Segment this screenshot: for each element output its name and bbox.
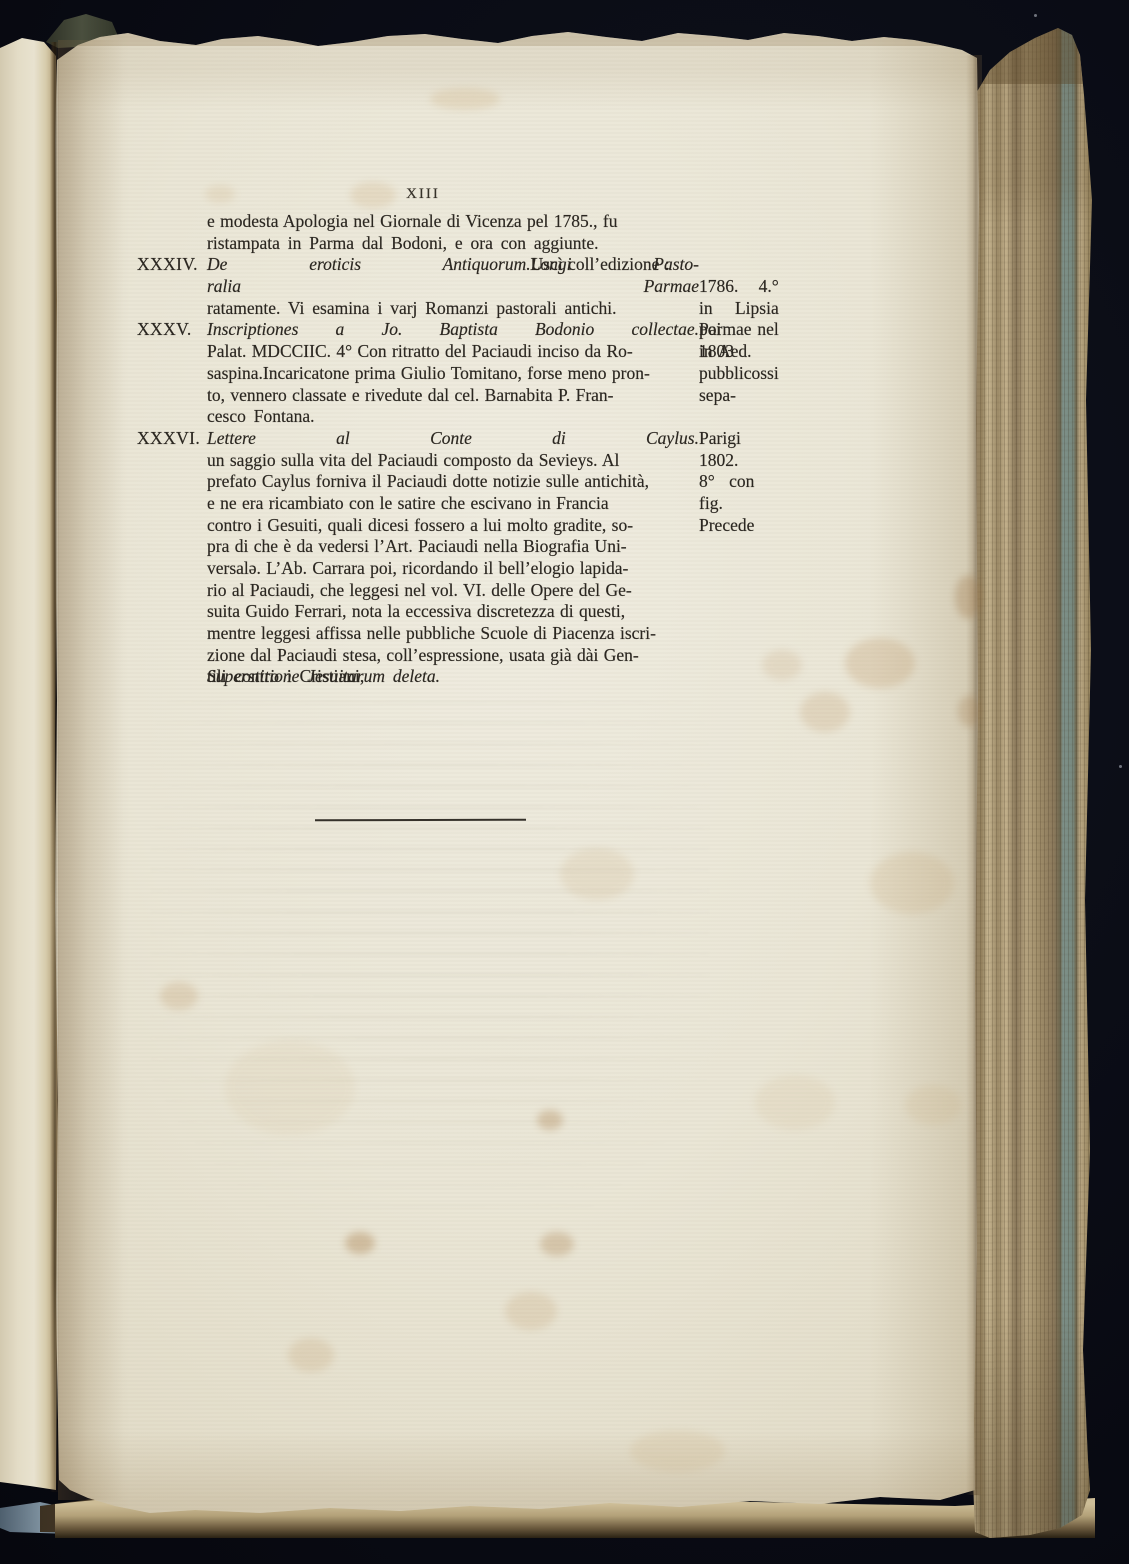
entry-number-label xyxy=(137,666,207,688)
page-folio: XIII xyxy=(137,186,709,203)
line-text: ratamente. Vi esamina i varj Romanzi pas… xyxy=(207,298,699,320)
line-text: saspina.Incaricatone prima Giulio Tomita… xyxy=(207,363,699,385)
bibliography-line: un saggio sulla vita del Paciaudi compos… xyxy=(137,450,709,472)
line-text: contro i Gesuiti, quali dicesi fossero a… xyxy=(207,515,699,537)
line-text: De eroticis Antiquorum. Uscì coll’edizio… xyxy=(207,254,699,276)
bibliography-line: pra di che è da vedersi l’Art. Paciaudi … xyxy=(137,536,709,558)
entry-number-label xyxy=(137,645,207,667)
bibliography-line: XXXVI.Lettere al Conte di Caylus. Parigi… xyxy=(137,428,709,450)
entry-number-label xyxy=(137,385,207,407)
bibliography-text: XIII e modesta Apologia nel Giornale di … xyxy=(137,186,709,688)
line-text: pra di che è da vedersi l’Art. Paciaudi … xyxy=(207,536,699,558)
line-text: un saggio sulla vita del Paciaudi compos… xyxy=(207,450,699,472)
line-text: ralia Parmae 1786. 4.° in Lipsia poi nel… xyxy=(207,276,699,298)
fore-edge-pages xyxy=(968,24,1100,1540)
line-text: rio al Paciaudi, che leggesi nel vol. VI… xyxy=(207,580,699,602)
bibliography-line: cesco Fontana. xyxy=(137,406,709,428)
line-text: Palat. MDCCIIC. 4° Con ritratto del Paci… xyxy=(207,341,699,363)
dust-speck xyxy=(1119,765,1122,768)
bibliography-line: saspina.Incaricatone prima Giulio Tomita… xyxy=(137,363,709,385)
entry-number-label xyxy=(137,601,207,623)
entry-number-label xyxy=(137,233,207,255)
bibliography-line: XXXV.Inscriptiones a Jo. Baptista Bodoni… xyxy=(137,319,709,341)
line-text: versalə. L’Ab. Carrara poi, ricordando i… xyxy=(207,558,699,580)
line-text: mentre leggesi affissa nelle pubbliche S… xyxy=(207,623,699,645)
bibliography-line: e modesta Apologia nel Giornale di Vicen… xyxy=(137,211,709,233)
line-text: suita Guido Ferrari, nota la eccessiva d… xyxy=(207,601,699,623)
line-text: prefato Caylus forniva il Paciaudi dotte… xyxy=(207,471,699,493)
gutter-shadow xyxy=(58,40,142,1500)
entry-number-label xyxy=(137,406,207,428)
bibliography-line: prefato Caylus forniva il Paciaudi dotte… xyxy=(137,471,709,493)
bibliography-line: suita Guido Ferrari, nota la eccessiva d… xyxy=(137,601,709,623)
entry-number-label xyxy=(137,515,207,537)
entry-number-label xyxy=(137,471,207,493)
entry-number-label: XXXV. xyxy=(137,319,207,341)
entry-number-label xyxy=(137,536,207,558)
line-text: cesco Fontana. xyxy=(207,406,699,428)
gutter-crease xyxy=(50,42,59,1492)
entry-number-label xyxy=(137,493,207,515)
bibliography-line: ristampata in Parma dal Bodoni, e ora co… xyxy=(137,233,709,255)
entry-number-label: XXXVI. xyxy=(137,428,207,450)
entry-number-label xyxy=(137,450,207,472)
bibliography-line: contro i Gesuiti, quali dicesi fossero a… xyxy=(137,515,709,537)
bibliography-line: e ne era ricambiato con le satire che es… xyxy=(137,493,709,515)
entry-number-label xyxy=(137,363,207,385)
bibliography-line: Palat. MDCCIIC. 4° Con ritratto del Paci… xyxy=(137,341,709,363)
entry-number-label xyxy=(137,211,207,233)
entry-number-label xyxy=(137,558,207,580)
show-through-texture xyxy=(150,700,710,1210)
entry-number-label: XXXIV. xyxy=(137,254,207,276)
dust-speck xyxy=(1034,14,1037,17)
entry-number-label xyxy=(137,580,207,602)
book-scan: XIII e modesta Apologia nel Giornale di … xyxy=(0,0,1129,1564)
line-text: to, vennero classate e rivedute dal cel.… xyxy=(207,385,699,407)
bibliography-line: ratamente. Vi esamina i varj Romanzi pas… xyxy=(137,298,709,320)
bibliography-line: mentre leggesi affissa nelle pubbliche S… xyxy=(137,623,709,645)
bibliography-line: XXXIV.De eroticis Antiquorum. Uscì coll’… xyxy=(137,254,709,276)
text-lines: e modesta Apologia nel Giornale di Vicen… xyxy=(137,211,709,688)
line-text: tili contro i Cristiani, Superstitione J… xyxy=(207,666,699,688)
bibliography-line: to, vennero classate e rivedute dal cel.… xyxy=(137,385,709,407)
entry-number-label xyxy=(137,298,207,320)
bibliography-line: rio al Paciaudi, che leggesi nel vol. VI… xyxy=(137,580,709,602)
entry-number-label xyxy=(137,276,207,298)
page-right-crease xyxy=(966,55,982,1495)
line-text: e modesta Apologia nel Giornale di Vicen… xyxy=(207,211,699,233)
bibliography-line: versalə. L’Ab. Carrara poi, ricordando i… xyxy=(137,558,709,580)
line-text: Lettere al Conte di Caylus. Parigi 1802.… xyxy=(207,428,699,450)
entry-number-label xyxy=(137,341,207,363)
line-text: zione dal Paciaudi stesa, coll’espressio… xyxy=(207,645,699,667)
bibliography-line: ralia Parmae 1786. 4.° in Lipsia poi nel… xyxy=(137,276,709,298)
line-text: e ne era ricambiato con le satire che es… xyxy=(207,493,699,515)
bibliography-line: zione dal Paciaudi stesa, coll’espressio… xyxy=(137,645,709,667)
entry-number-label xyxy=(137,623,207,645)
line-text: ristampata in Parma dal Bodoni, e ora co… xyxy=(207,233,699,255)
line-text: Inscriptiones a Jo. Baptista Bodonio col… xyxy=(207,319,699,341)
bibliography-line: tili contro i Cristiani, Superstitione J… xyxy=(137,666,709,688)
